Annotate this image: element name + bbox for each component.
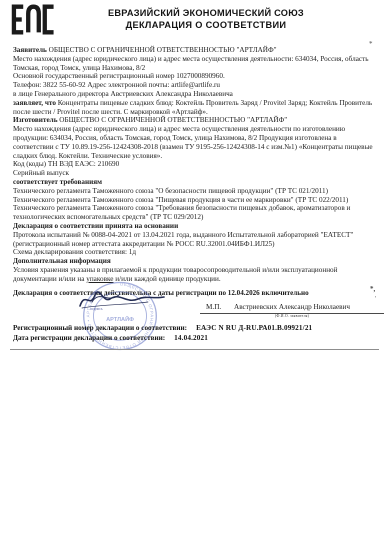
registration-number-value: ЕАЭС N RU Д-RU.РА01.В.09921/21 xyxy=(196,324,312,332)
text-segment: Место нахождения (адрес юридического лиц… xyxy=(13,125,373,159)
text-segment: Основной государственный регистрационный… xyxy=(13,72,225,80)
paragraph: Основной государственный регистрационный… xyxy=(13,72,378,81)
paragraph: заявляет, что Концентраты пищевые сладки… xyxy=(13,99,378,117)
document-title: ДЕКЛАРАЦИЯ О СООТВЕТСТВИИ xyxy=(36,20,376,32)
text-segment: Изготовитель xyxy=(13,116,59,124)
text-segment: Место нахождения (адрес юридического лиц… xyxy=(13,55,369,72)
paragraph: Телефон: 3822 55-60-92 Адрес электронной… xyxy=(13,81,378,90)
registration-date-line: Дата регистрации декларации о соответств… xyxy=(13,334,208,342)
paragraph: Место нахождения (адрес юридического лиц… xyxy=(13,125,378,160)
paragraph: Условия хранения указаны в прилагаемой к… xyxy=(13,266,378,284)
text-segment: ОБЩЕСТВО С ОГРАНИЧЕННОЙ ОТВЕТСТВЕННОСТЬЮ… xyxy=(49,46,277,54)
scan-artifact: * xyxy=(369,40,373,48)
union-title: ЕВРАЗИЙСКИЙ ЭКОНОМИЧЕСКИЙ СОЮЗ xyxy=(36,8,376,20)
applicant-name: Австриевских Александр Николаевич xyxy=(200,303,384,314)
paragraph: Изготовитель ОБЩЕСТВО С ОГРАНИЧЕННОЙ ОТВ… xyxy=(13,116,378,125)
text-segment: Код (коды) ТН ВЭД ЕАЭС: 210690 xyxy=(13,160,119,168)
text-segment: Технического регламента Таможенного союз… xyxy=(13,204,350,221)
text-segment: Технического регламента Таможенного союз… xyxy=(13,196,348,204)
paragraph: Протокола испытаний № 0088-04-2021 от 13… xyxy=(13,231,378,249)
text-segment: Схема декларирования соответствия: 1д xyxy=(13,248,136,256)
validity-line: Декларация о соответствии действительна … xyxy=(13,289,373,297)
paragraph: Код (коды) ТН ВЭД ЕАЭС: 210690 xyxy=(13,160,378,169)
paragraph: Дополнительная информация xyxy=(13,257,378,266)
text-segment: ОБЩЕСТВО С ОГРАНИЧЕННОЙ ОТВЕТСТВЕННОСТЬЮ… xyxy=(59,116,287,124)
text-segment: Телефон: 3822 55-60-92 Адрес электронной… xyxy=(13,81,220,89)
text-segment: в лице Генерального директора Австриевск… xyxy=(13,90,233,98)
registration-number-label: Регистрационный номер декларации о соотв… xyxy=(13,324,187,332)
text-segment: заявляет, что xyxy=(13,99,58,107)
document-header: ЕВРАЗИЙСКИЙ ЭКОНОМИЧЕСКИЙ СОЮЗ ДЕКЛАРАЦИ… xyxy=(36,8,376,31)
paragraph: в лице Генерального директора Австриевск… xyxy=(13,90,378,99)
name-caption: (Ф.И.О. заявителя) xyxy=(200,314,384,318)
text-segment: Дополнительная информация xyxy=(13,257,111,265)
paragraph: Схема декларирования соответствия: 1д xyxy=(13,248,378,257)
text-segment: Протокола испытаний № 0088-04-2021 от 13… xyxy=(13,231,353,248)
paragraph: Место нахождения (адрес юридического лиц… xyxy=(13,55,378,73)
paragraph: Технического регламента Таможенного союз… xyxy=(13,204,378,222)
text-segment: соответствует требованиям xyxy=(13,178,102,186)
registration-date-value: 14.04.2021 xyxy=(174,334,208,342)
divider-line xyxy=(10,349,379,350)
paragraph: Декларация о соответствии принята на осн… xyxy=(13,222,378,231)
paragraph: Технического регламента Таможенного союз… xyxy=(13,196,378,205)
scan-artifact: ' xyxy=(375,295,376,303)
signature-caption: подпись xyxy=(90,307,103,311)
text-segment: Серийный выпуск xyxy=(13,169,69,177)
seal-center-text: АРТЛАЙФ xyxy=(106,315,134,323)
paragraph: Технического регламента Таможенного союз… xyxy=(13,187,378,196)
text-segment: Технического регламента Таможенного союз… xyxy=(13,187,328,195)
paragraphs: Заявитель ОБЩЕСТВО С ОГРАНИЧЕННОЙ ОТВЕТС… xyxy=(13,46,378,284)
text-segment: Концентраты пищевые сладких блюд: Коктей… xyxy=(13,99,372,116)
eac-logo-label: ЕАС xyxy=(0,0,1,1)
applicant-signature-block: Австриевских Александр Николаевич (Ф.И.О… xyxy=(200,303,384,318)
paragraph: соответствует требованиям xyxy=(13,178,378,187)
paragraph: Серийный выпуск xyxy=(13,169,378,178)
scan-artifact: *, xyxy=(370,285,375,293)
text-segment: Заявитель xyxy=(13,46,49,54)
text-segment: Декларация о соответствии принята на осн… xyxy=(13,222,178,230)
registration-number-line: Регистрационный номер декларации о соотв… xyxy=(13,324,312,332)
declaration-page: ЕАС ЕВРАЗИЙСКИЙ ЭКОНОМИЧЕСКИЙ СОЮЗ ДЕКЛА… xyxy=(0,0,389,550)
paragraph: Заявитель ОБЩЕСТВО С ОГРАНИЧЕННОЙ ОТВЕТС… xyxy=(13,46,378,55)
handwritten-signature-icon xyxy=(74,286,170,312)
registration-date-label: Дата регистрации декларации о соответств… xyxy=(13,334,165,342)
